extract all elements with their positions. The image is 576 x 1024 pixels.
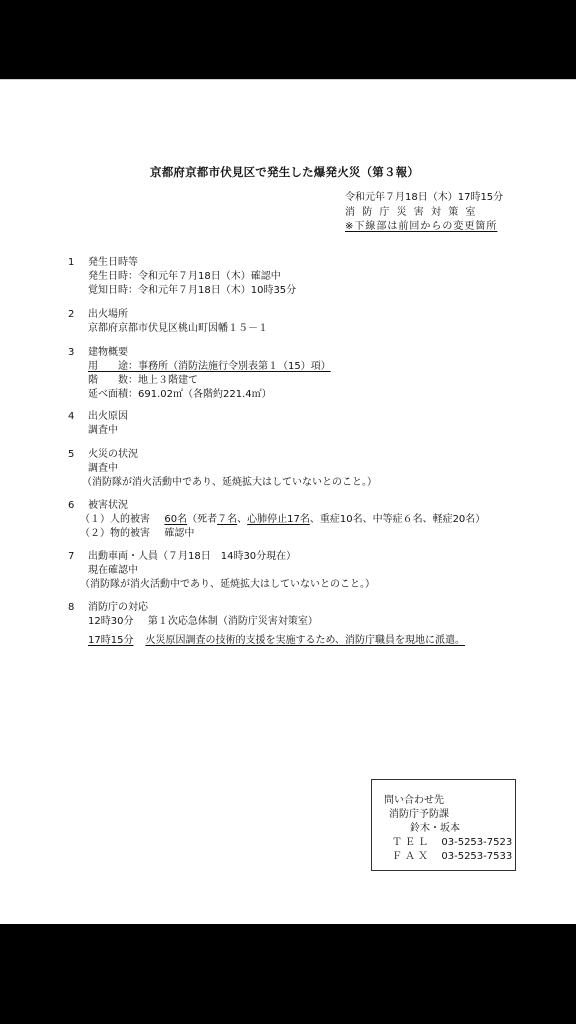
section-7-heading: 7出動車両・人員（７月18日 14時30分現在） [68, 550, 296, 564]
contact-tel: ＴＥＬ 03-5253-7523 [392, 833, 512, 848]
contact-heading: 問い合わせ先 [384, 791, 444, 806]
contact-department: 消防庁予防課 [389, 805, 449, 820]
dispatch-status: 現在確認中 [88, 564, 138, 578]
response-entry-1: 12時30分 第１次応急体制（消防庁災害対策室） [88, 615, 318, 629]
response-entry-2: 17時15分 火災原因調査の技術的支援を実施するため、消防庁職員を現地に派遣。 [88, 634, 465, 648]
fire-status-note: （消防隊が消火活動中であり、延焼拡大はしていないとのこと。） [82, 476, 377, 490]
contact-fax: ＦＡＸ 03-5253-7533 [392, 847, 512, 862]
bottom-black-bar [0, 924, 576, 1024]
contact-names: 鈴木・坂本 [410, 819, 460, 834]
building-floor-area: 延べ面積：691.02㎡（各階約221.4㎡） [88, 388, 272, 402]
cardiac-arrest-count: 心肺停止17名 [247, 514, 310, 525]
building-floors: 階 数：地上３階建て [88, 374, 198, 388]
human-damage-total: 60名 [164, 514, 187, 525]
dead-count: ７名 [217, 514, 237, 525]
fire-location: 京都府京都市伏見区桃山町因幡１５－１ [88, 322, 268, 336]
section-1-heading: 1発生日時等 [68, 256, 138, 270]
fire-cause: 調査中 [88, 424, 118, 438]
section-3-heading: 3建物概要 [68, 346, 128, 360]
section-6-heading: 6被害状況 [68, 499, 128, 513]
dispatch-note: （消防隊が消火活動中であり、延焼拡大はしていないとのこと。） [80, 578, 375, 592]
document-page: 京都府京都市伏見区で発生した爆発火災（第３報） 令和元年７月18日（木）17時1… [0, 79, 576, 925]
property-damage: （２）物的被害 確認中 [80, 527, 194, 541]
fire-status: 調査中 [88, 462, 118, 476]
top-black-bar [0, 0, 576, 79]
section-2-heading: 2出火場所 [68, 308, 128, 322]
occurrence-time: 発生日時：令和元年７月18日（木）確認中 [88, 270, 281, 284]
building-use: 用 途：事務所（消防法施行令別表第１（15）項） [88, 360, 331, 374]
section-5-heading: 5火災の状況 [68, 448, 138, 462]
section-number: 1 [68, 256, 88, 270]
issuing-office: 消防庁災害対策室 [345, 206, 483, 220]
section-4-heading: 4出火原因 [68, 410, 128, 424]
change-note: ※下線部は前回からの変更箇所 [345, 220, 497, 234]
detection-time: 覚知日時：令和元年７月18日（木）10時35分 [88, 284, 296, 298]
section-8-heading: 8消防庁の対応 [68, 601, 148, 615]
report-datetime: 令和元年７月18日（木）17時15分 [345, 191, 503, 205]
human-damage: （１）人的被害 60名（死者７名、心肺停止17名、重症10名、中等症６名、軽症2… [80, 513, 485, 527]
document-title: 京都府京都市伏見区で発生した爆発火災（第３報） [150, 164, 419, 180]
contact-box: 問い合わせ先 消防庁予防課 鈴木・坂本 ＴＥＬ 03-5253-7523 ＦＡＸ… [371, 779, 516, 871]
